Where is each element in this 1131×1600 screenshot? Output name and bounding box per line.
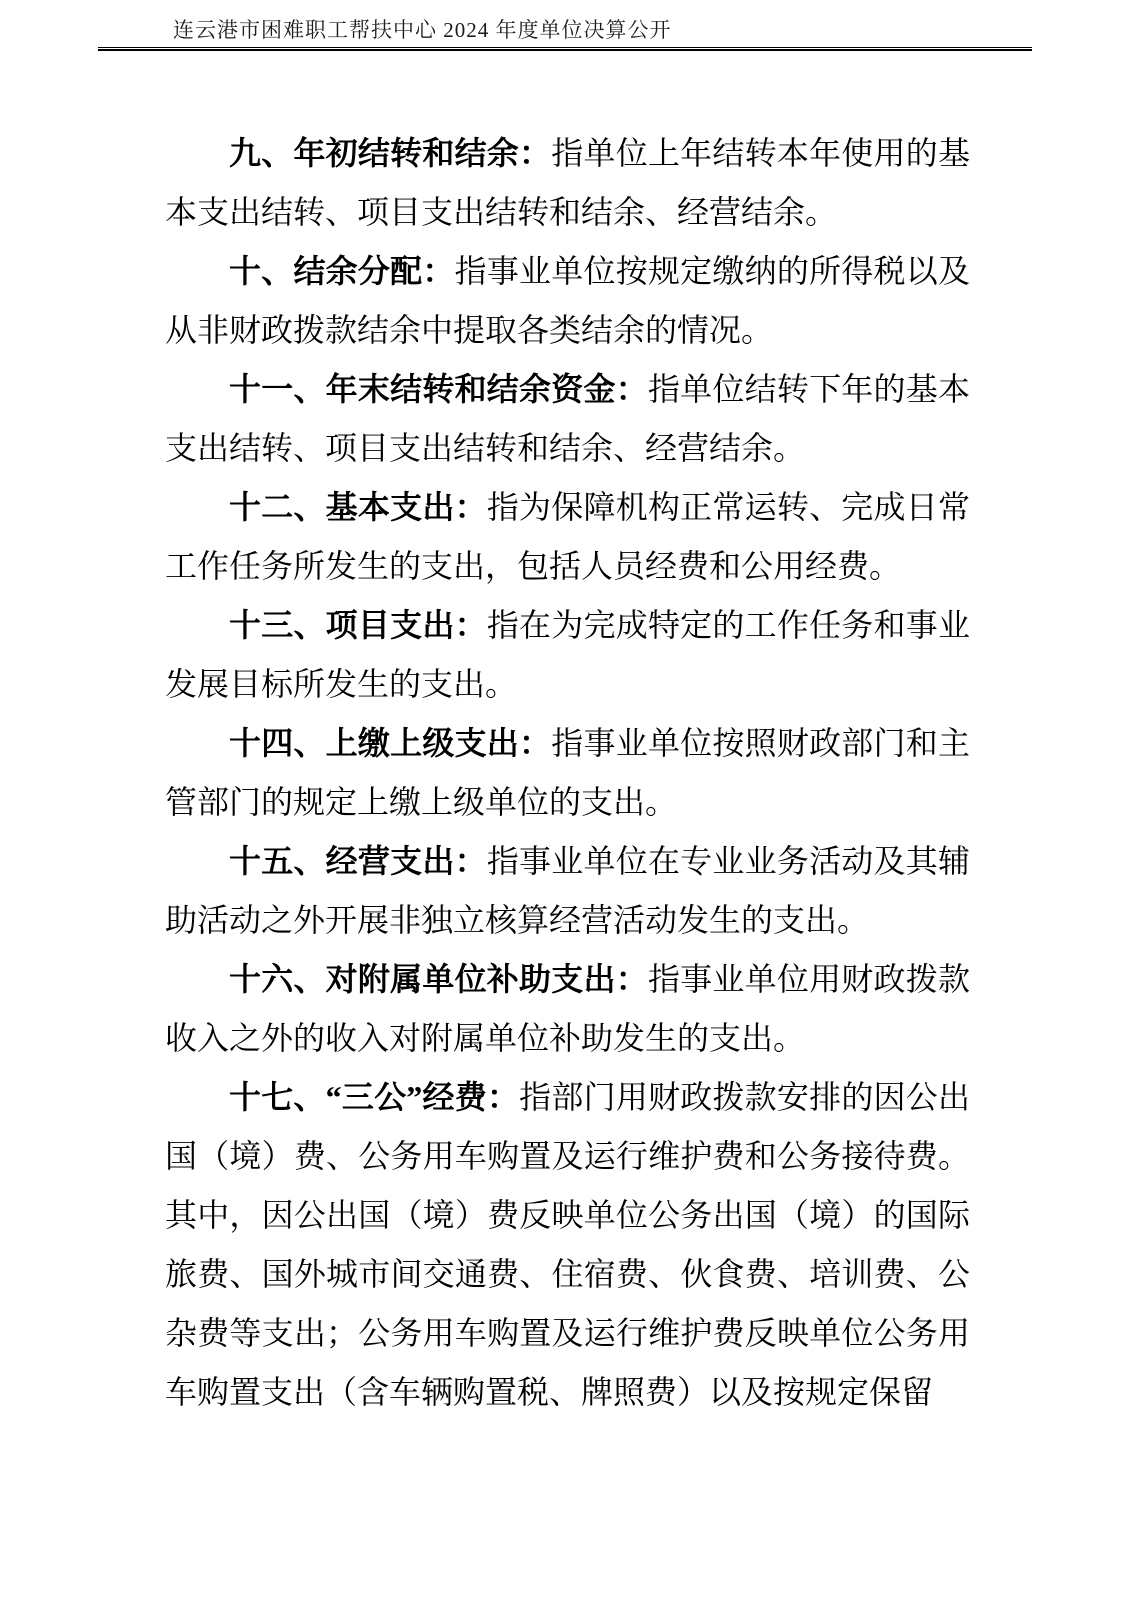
document-page: 连云港市困难职工帮扶中心 2024 年度单位决算公开 九、年初结转和结余：指单位…: [0, 0, 1131, 1600]
definition-paragraph-11: 十一、年末结转和结余资金：指单位结转下年的基本支出结转、项目支出结转和结余、经营…: [165, 360, 970, 478]
term-label: 十五、经营支出：: [229, 843, 487, 879]
definition-paragraph-15: 十五、经营支出：指事业单位在专业业务活动及其辅助活动之外开展非独立核算经营活动发…: [165, 832, 970, 950]
definition-paragraph-17: 十七、“三公”经费：指部门用财政拨款安排的因公出国（境）费、公务用车购置及运行维…: [165, 1068, 970, 1422]
definition-paragraph-14: 十四、上缴上级支出：指事业单位按照财政部门和主管部门的规定上缴上级单位的支出。: [165, 714, 970, 832]
term-label: 九、年初结转和结余：: [229, 135, 551, 171]
definition-paragraph-13: 十三、项目支出：指在为完成特定的工作任务和事业发展目标所发生的支出。: [165, 596, 970, 714]
term-definition: 指部门用财政拨款安排的因公出国（境）费、公务用车购置及运行维护费和公务接待费。其…: [165, 1079, 970, 1410]
definition-paragraph-12: 十二、基本支出：指为保障机构正常运转、完成日常工作任务所发生的支出，包括人员经费…: [165, 478, 970, 596]
term-label: 十七、“三公”经费：: [229, 1079, 519, 1115]
term-label: 十六、对附属单位补助支出：: [229, 961, 648, 997]
term-label: 十四、上缴上级支出：: [229, 725, 551, 761]
term-label: 十一、年末结转和结余资金：: [229, 371, 648, 407]
term-label: 十、结余分配：: [229, 253, 455, 289]
definition-paragraph-9: 九、年初结转和结余：指单位上年结转本年使用的基本支出结转、项目支出结转和结余、经…: [165, 124, 970, 242]
definition-paragraph-16: 十六、对附属单位补助支出：指事业单位用财政拨款收入之外的收入对附属单位补助发生的…: [165, 950, 970, 1068]
term-label: 十二、基本支出：: [229, 489, 487, 525]
definition-paragraph-10: 十、结余分配：指事业单位按规定缴纳的所得税以及从非财政拨款结余中提取各类结余的情…: [165, 242, 970, 360]
document-body: 九、年初结转和结余：指单位上年结转本年使用的基本支出结转、项目支出结转和结余、经…: [165, 124, 970, 1422]
header-rule-divider: [98, 47, 1032, 51]
page-header: 连云港市困难职工帮扶中心 2024 年度单位决算公开: [98, 14, 1032, 51]
header-title: 连云港市困难职工帮扶中心 2024 年度单位决算公开: [173, 14, 1032, 44]
term-label: 十三、项目支出：: [229, 607, 487, 643]
